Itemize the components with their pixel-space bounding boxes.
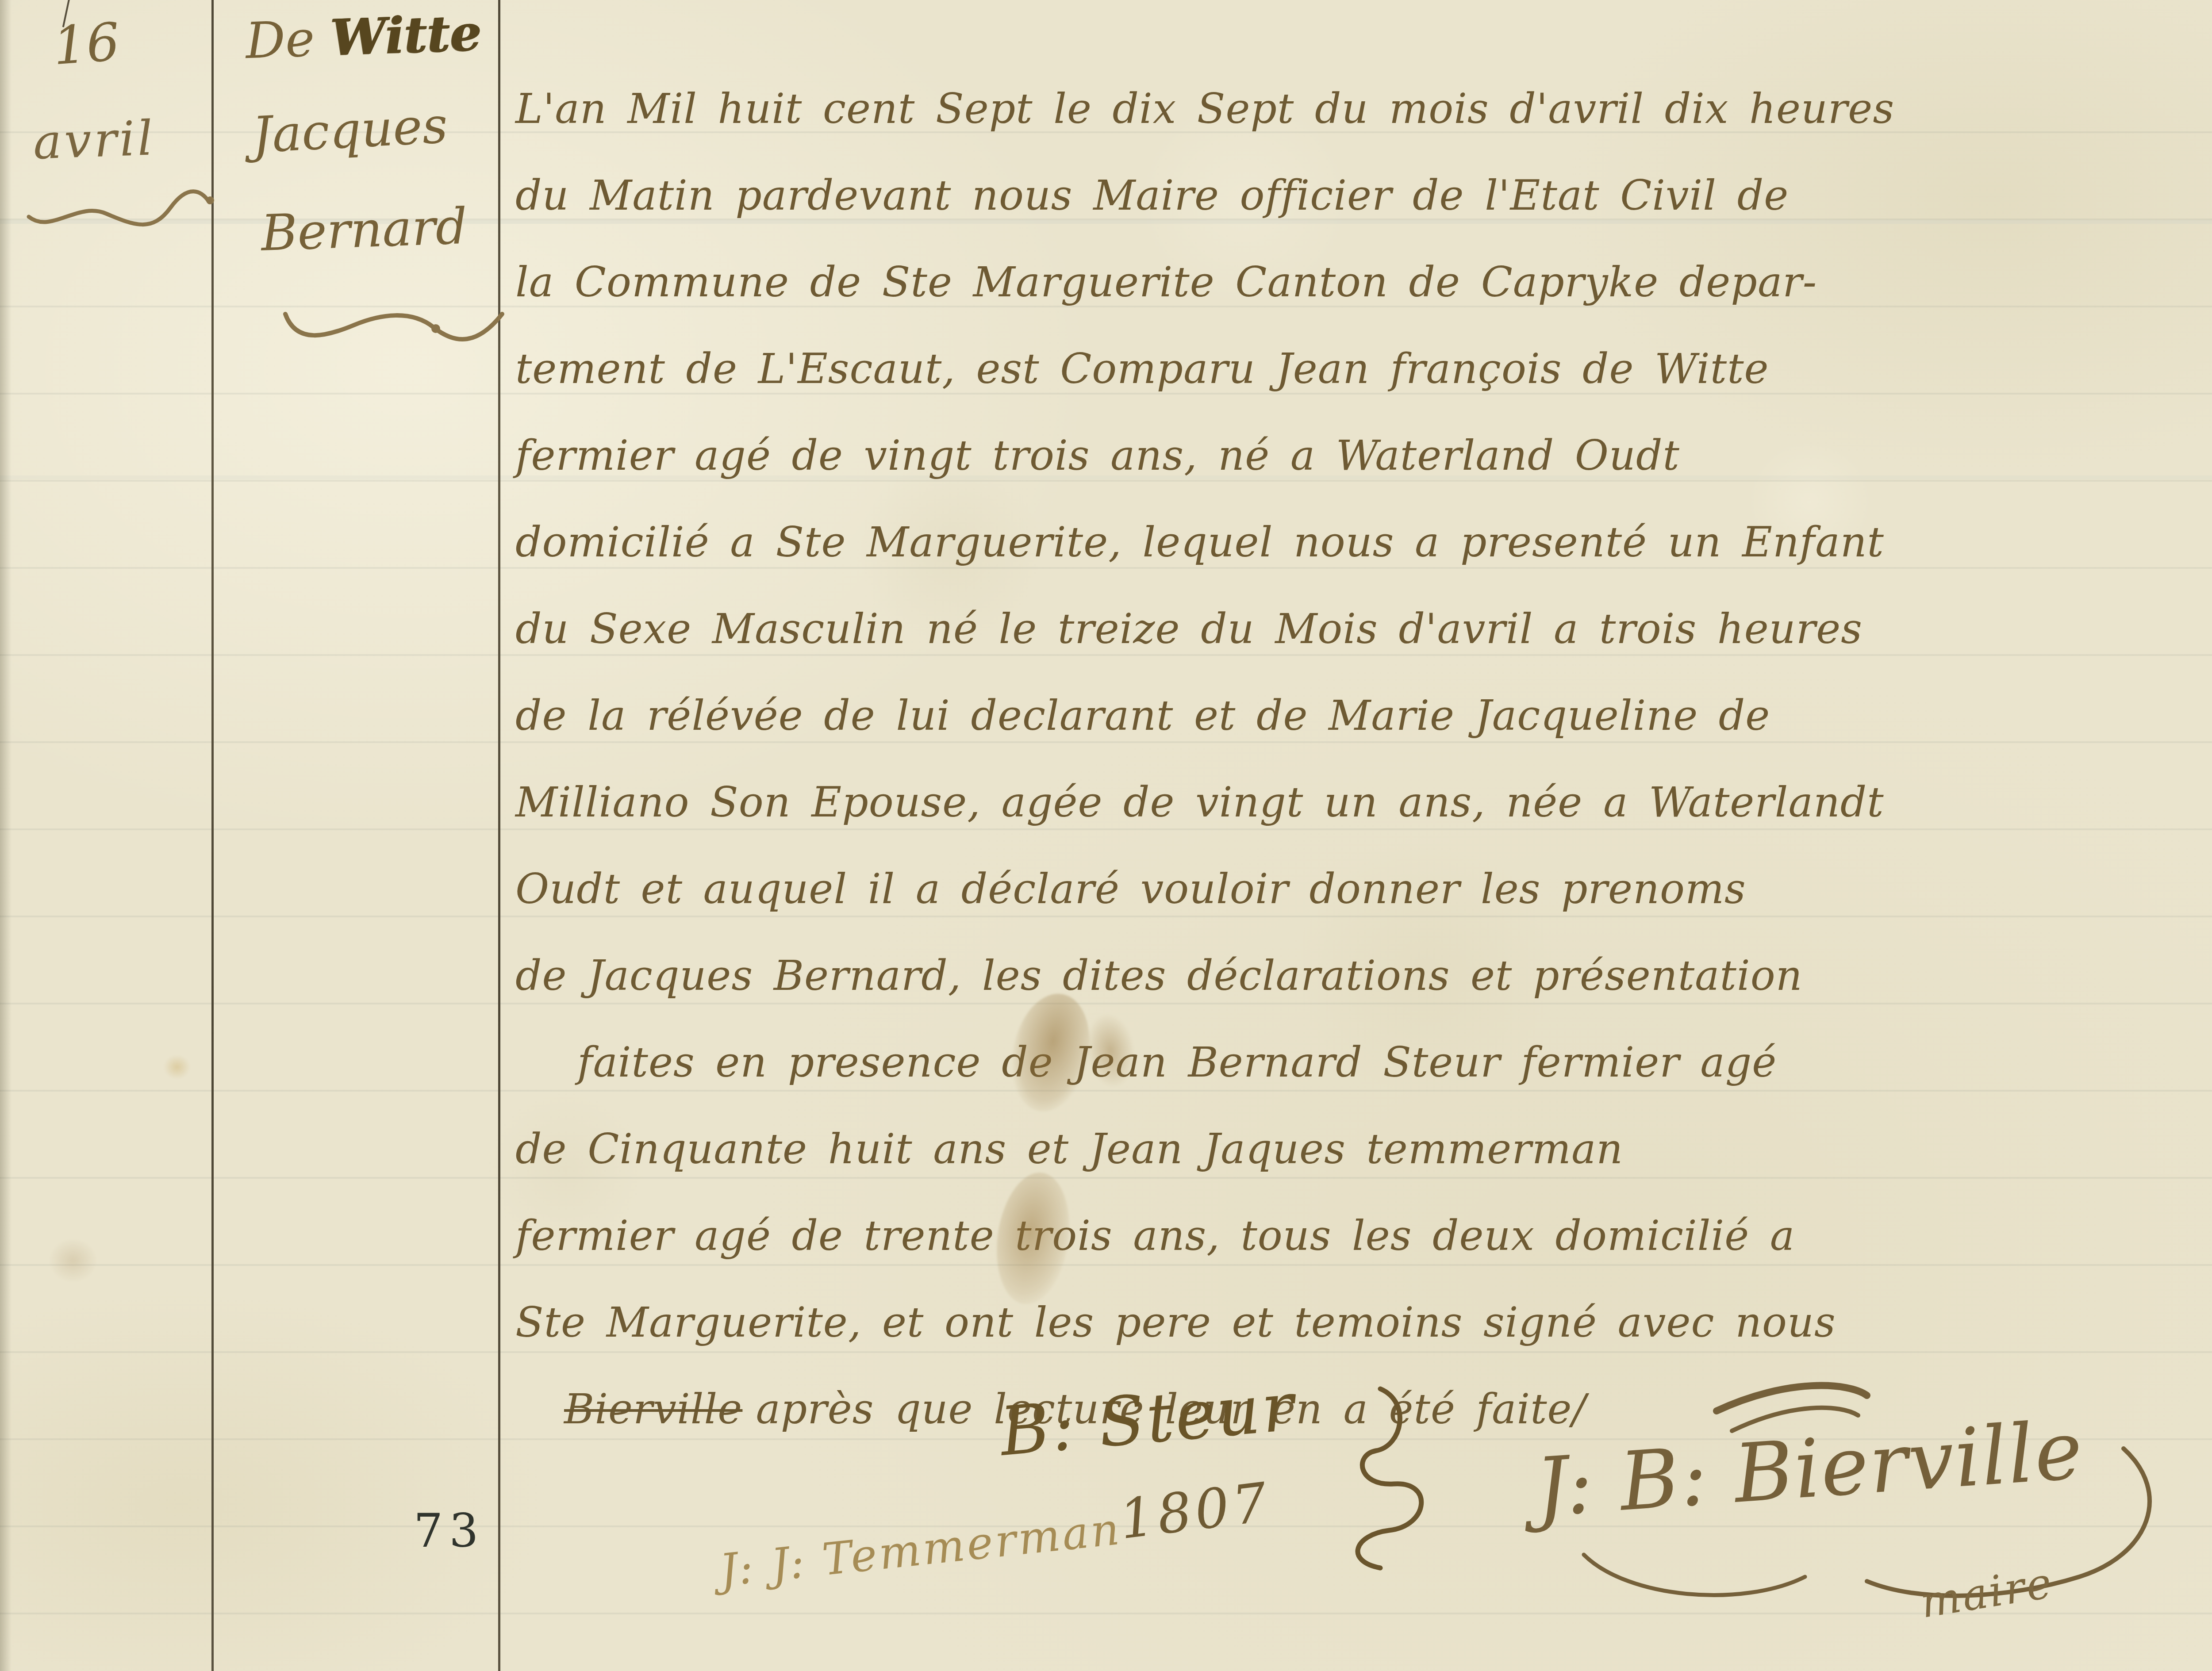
page-number: 73 <box>414 1504 484 1558</box>
act-line: Milliano Son Epouse, agée de vingt un an… <box>515 759 2212 846</box>
margin-name-given1: Jacques <box>251 97 449 165</box>
act-line: fermier agé de trente trois ans, tous le… <box>515 1192 2212 1279</box>
margin-name-surname: De Witte <box>245 4 482 70</box>
column-rule-left <box>211 0 214 1671</box>
paper-spot <box>164 1055 190 1079</box>
act-line: L'an Mil huit cent Sept le dix Sept du m… <box>515 65 2212 152</box>
act-line: Oudt et auquel il a déclaré vouloir donn… <box>515 846 2212 932</box>
act-text: L'an Mil huit cent Sept le dix Sept du m… <box>515 65 2212 1453</box>
act-line: faites en presence de Jean Bernard Steur… <box>515 1019 2212 1106</box>
surname-overwritten: Witte <box>329 4 482 67</box>
steur-paraph-flourish <box>1327 1384 1473 1575</box>
column-rule-right <box>498 0 500 1671</box>
paper-spot <box>49 1238 97 1283</box>
margin-date-month: avril <box>32 111 156 170</box>
act-line: la Commune de Ste Marguerite Canton de C… <box>515 239 2212 326</box>
act-line: du Sexe Masculin né le treize du Mois d'… <box>515 586 2212 672</box>
act-line: fermier agé de vingt trois ans, né a Wat… <box>515 412 2212 499</box>
act-line: domicilié a Ste Marguerite, lequel nous … <box>515 499 2212 586</box>
act-line: du Matin pardevant nous Maire officier d… <box>515 152 2212 239</box>
signature-year: 1807 <box>1116 1471 1274 1552</box>
act-line: Ste Marguerite, et ont les pere et temoi… <box>515 1279 2212 1366</box>
act-line: de Jacques Bernard, les dites déclaratio… <box>515 932 2212 1019</box>
flourish-under-name <box>279 283 509 349</box>
registry-page: 16 avril De Witte Jacques Bernard 73 L'a… <box>0 0 2212 1671</box>
page-left-edge-shadow <box>0 0 12 1671</box>
margin-date-day: 16 <box>51 11 121 77</box>
struck-word: Bierville <box>564 1385 742 1433</box>
margin-name-given2: Bernard <box>260 198 469 262</box>
maire-signature-flourish <box>1557 1369 2199 1617</box>
surname-prefix: De <box>245 10 331 70</box>
act-line: tement de L'Escaut, est Comparu Jean fra… <box>515 326 2212 412</box>
signature-temmerman: J: J: Temmerman <box>717 1503 1124 1597</box>
flourish-under-date <box>24 175 215 232</box>
act-line: de la rélévée de lui declarant et de Mar… <box>515 672 2212 759</box>
act-line: de Cinquante huit ans et Jean Jaques tem… <box>515 1106 2212 1192</box>
